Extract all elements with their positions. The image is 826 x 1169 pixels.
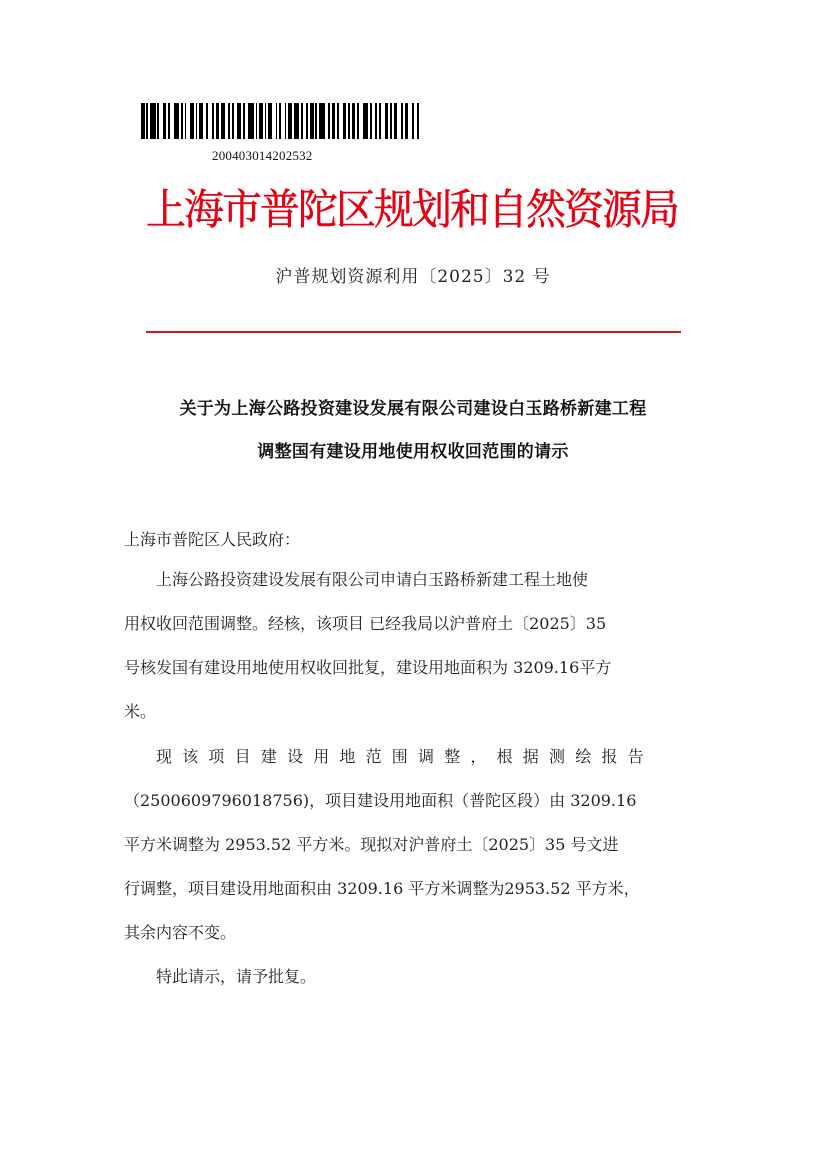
paragraph-adjustment: 现该项目建设用地范围调整，根据测绘报告 （2500609796018756)，项… xyxy=(124,735,709,955)
barcode-number: 200403014202532 xyxy=(212,148,313,164)
red-divider-rule xyxy=(146,331,681,333)
paragraph-line: 行调整，项目建设用地面积由 3209.16 平方米调整为2953.52 平方米， xyxy=(124,867,709,911)
paragraph-line: 米。 xyxy=(124,690,709,734)
paragraph-line: 平方米调整为 2953.52 平方米。现拟对沪普府土〔2025〕35 号文进 xyxy=(124,823,709,867)
salutation: 上海市普陀区人民政府： xyxy=(124,518,709,562)
paragraph-line: 其余内容不变。 xyxy=(124,911,709,955)
document-number: 沪普规划资源利用〔2025〕32 号 xyxy=(0,262,826,287)
paragraph-line: 用权收回范围调整。经核，该项目 已经我局以沪普府土〔2025〕35 xyxy=(124,602,709,646)
issuing-authority-title: 上海市普陀区规划和自然资源局 xyxy=(146,183,667,239)
subject-title-line-1: 关于为上海公路投资建设发展有限公司建设白玉路桥新建工程 xyxy=(0,394,826,419)
paragraph-line: （2500609796018756)，项目建设用地面积（普陀区段）由 3209.… xyxy=(124,779,709,823)
paragraph-application: 上海公路投资建设发展有限公司申请白玉路桥新建工程土地使 用权收回范围调整。经核，… xyxy=(124,558,709,734)
paragraph-line: 号核发国有建设用地使用权收回批复，建设用地面积为 3209.16平方 xyxy=(124,646,709,690)
paragraph-line: 现该项目建设用地范围调整，根据测绘报告 xyxy=(124,735,709,779)
subject-title-line-2: 调整国有建设用地使用权收回范围的请示 xyxy=(0,437,826,462)
barcode-icon xyxy=(141,103,422,139)
paragraph-line: 上海公路投资建设发展有限公司申请白玉路桥新建工程土地使 xyxy=(124,558,709,602)
closing-request: 特此请示，请予批复。 xyxy=(124,955,709,999)
